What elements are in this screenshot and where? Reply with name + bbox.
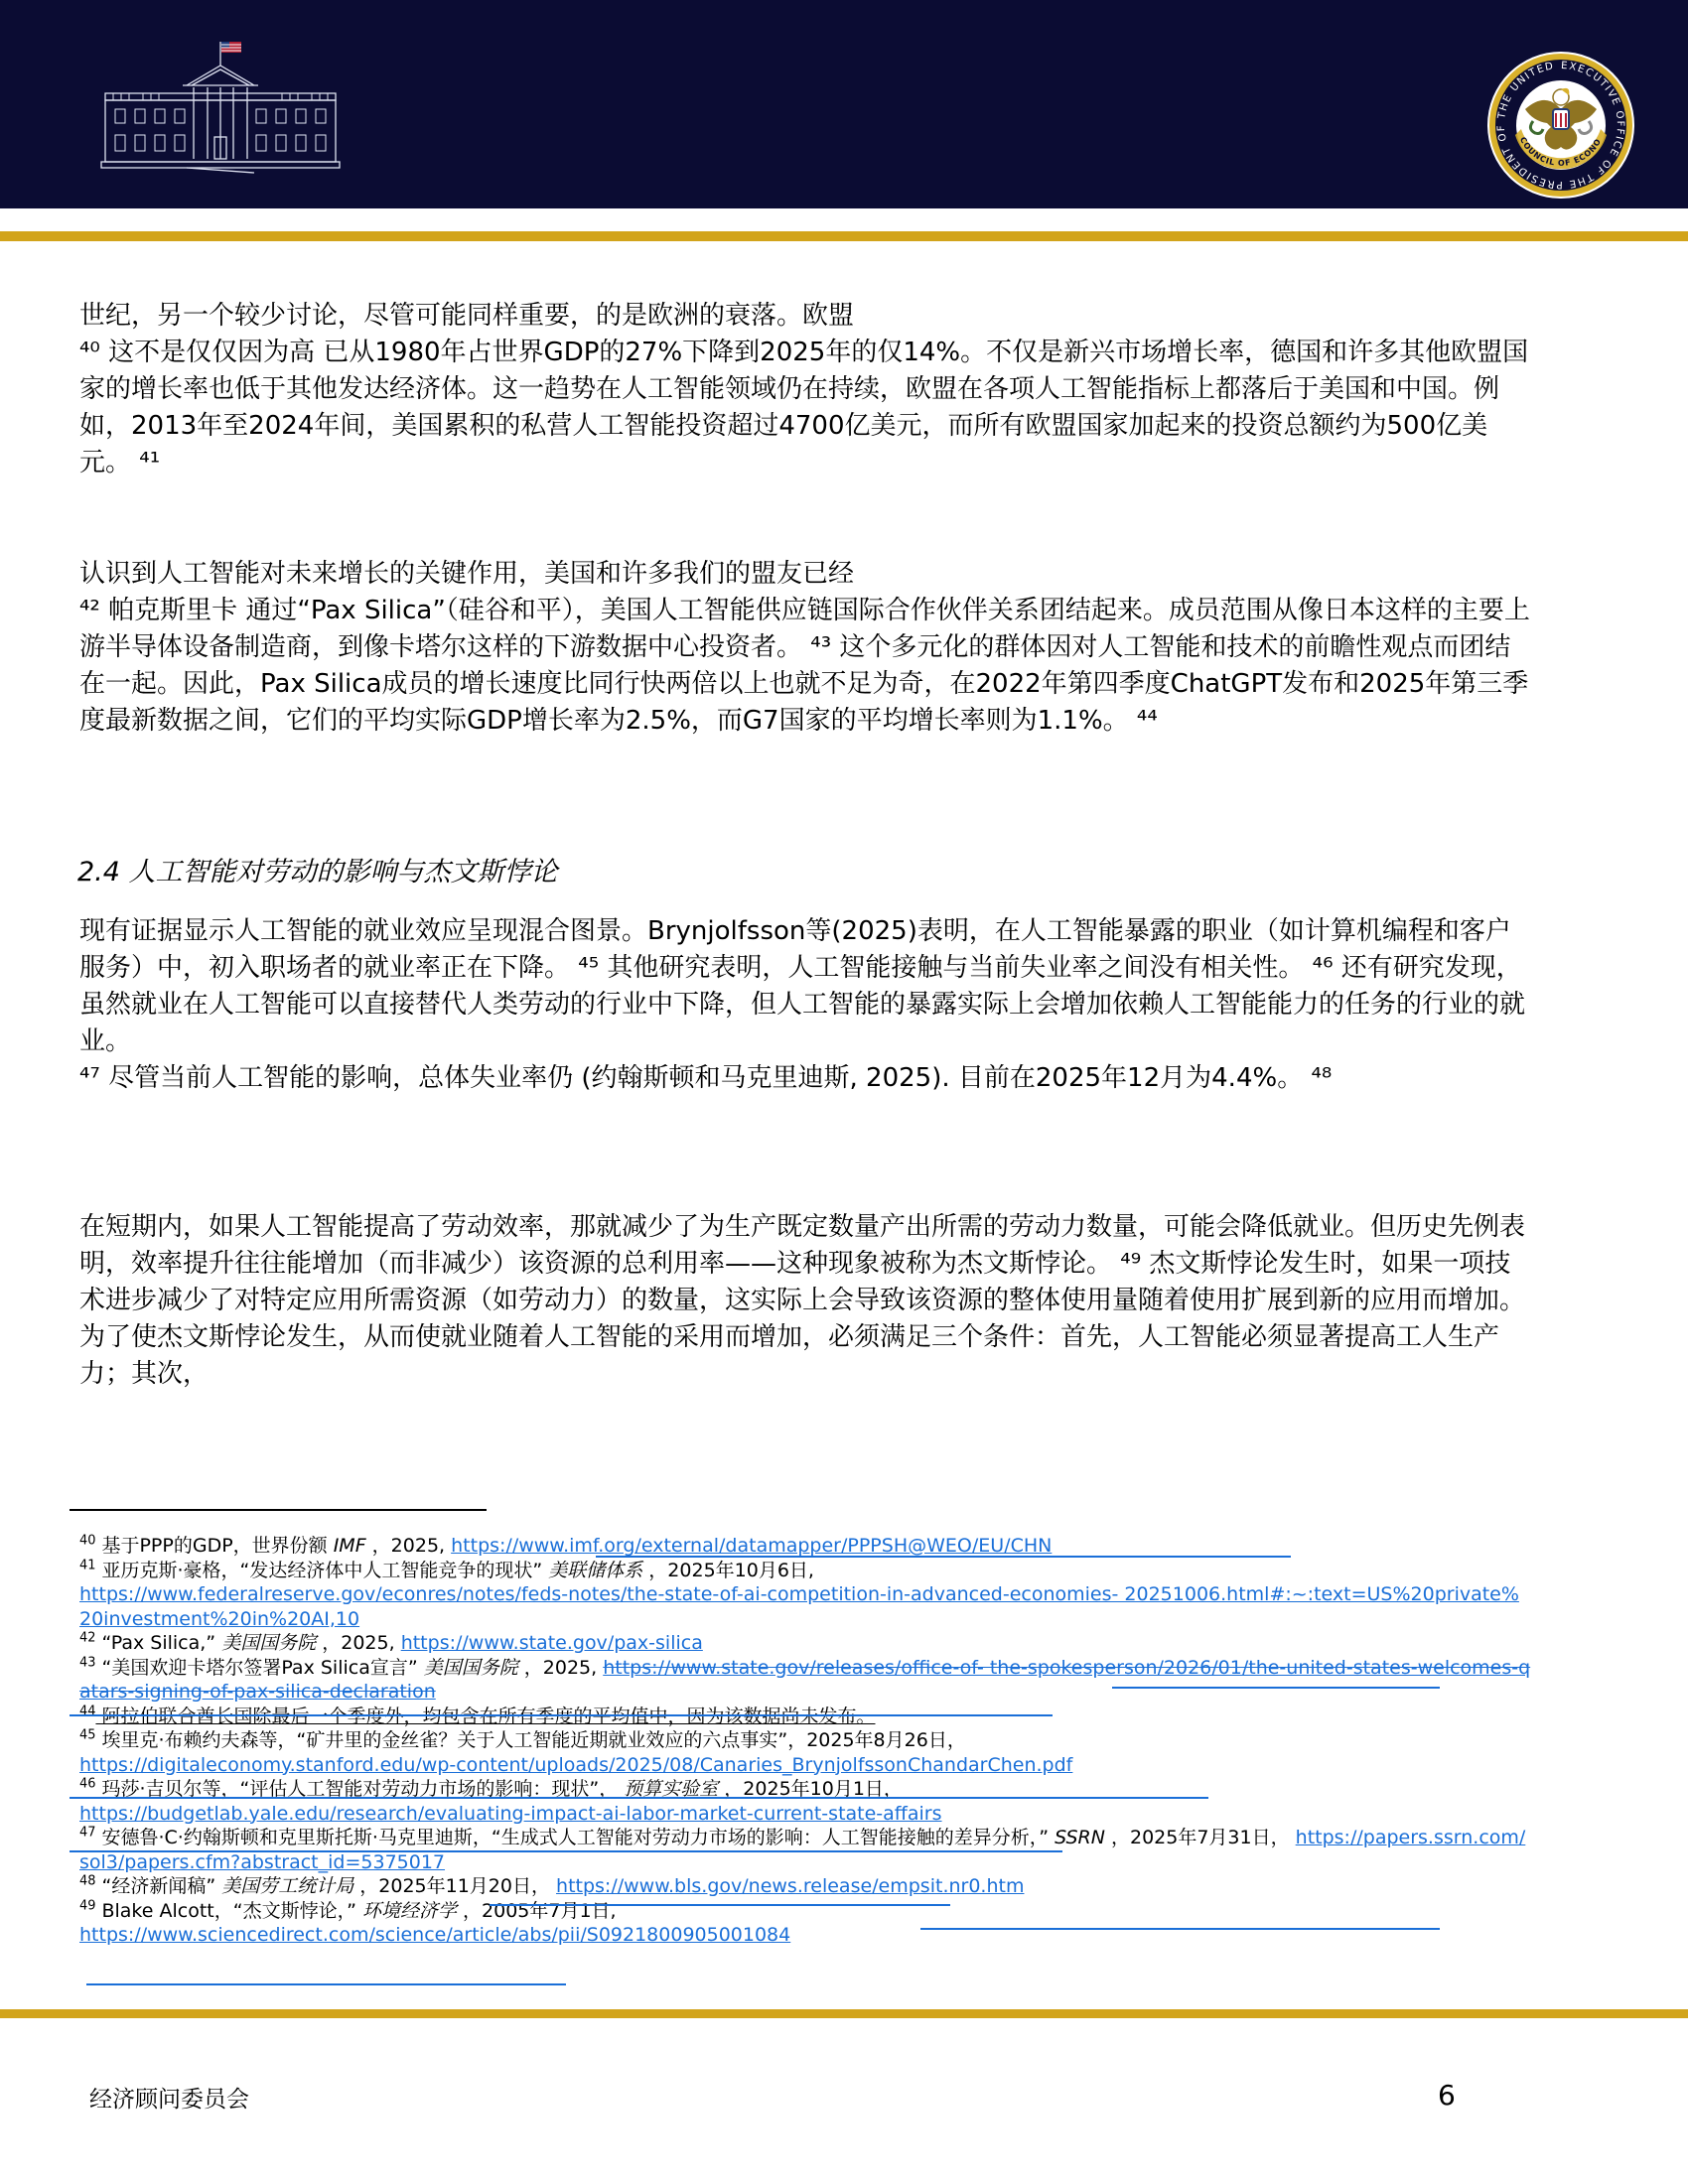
footnote-link[interactable]: https://budgetlab.yale.edu/research/eval… (79, 1803, 942, 1825)
footnote-link[interactable]: https://www.state.gov/pax-silica (401, 1632, 703, 1654)
paragraph-line: ⁴⁰ 这不是仅仅因为高 已从1980年占世界GDP的27%下降到2025年的仅1… (79, 335, 1535, 481)
footnote-number: 45 (79, 1728, 95, 1743)
footnote-number: 40 (79, 1534, 95, 1549)
footnote: 45 埃里克·布赖约夫森等，“矿井里的金丝雀？关于人工智能近期就业效应的六点事实… (79, 1728, 1531, 1777)
footnote-number: 43 (79, 1655, 95, 1670)
footnote-link[interactable]: https://www.federalreserve.gov/econres/n… (79, 1583, 1519, 1630)
gold-divider-top (0, 231, 1688, 241)
footnote: 42 “Pax Silica,” 美国国务院 ，2025, https://ww… (79, 1631, 1531, 1656)
line-artifact (70, 1797, 1208, 1799)
footnote-text: ，2025年10月6日, (642, 1560, 814, 1581)
footnote: 40 基于PPP的GDP，世界份额 IMF ，2025, https://www… (79, 1534, 1531, 1559)
page-number: 6 (1438, 2079, 1456, 2112)
footnote-text: 环境经济学 (362, 1900, 457, 1922)
footnote-text: 美联储体系 (548, 1560, 642, 1581)
paragraph-line: 世纪，另一个较少讨论，尽管可能同样重要，的是欧洲的衰落。欧盟 (79, 298, 1535, 335)
footnote-text: “Pax Silica,” (95, 1632, 221, 1654)
footnote-text: 美国国务院 (424, 1657, 518, 1679)
footnote-number: 42 (79, 1631, 95, 1646)
eop-seal-icon: EXECUTIVE OFFICE OF THE PRESIDENT OF THE… (1485, 50, 1636, 201)
footnote-text: 安德鲁·C·约翰斯顿和克里斯托斯·马克里迪斯，“生成式人工智能对劳动力市场的影响… (95, 1827, 1055, 1848)
footnote-text: ，2025年7月31日， (1105, 1827, 1296, 1848)
footnote-text: ，2025年11月20日， (353, 1875, 556, 1897)
footnote: 43 “美国欢迎卡塔尔签署Pax Silica宣言” 美国国务院 ，2025, … (79, 1656, 1531, 1705)
line-artifact (490, 1904, 950, 1906)
footnote: 41 亚历克斯·豪格，“发达经济体中人工智能竞争的现状” 美联储体系 ，2025… (79, 1559, 1531, 1632)
footnote-text: SSRN (1055, 1827, 1105, 1848)
paragraph-jevons-paradox: 在短期内，如果人工智能提高了劳动效率，那就减少了为生产既定数量产出所需的劳动力数… (79, 1209, 1535, 1393)
footnote-link[interactable]: https://www.imf.org/external/datamapper/… (451, 1535, 1052, 1557)
footnote: 48 “经济新闻稿” 美国劳工统计局 ，2025年11月20日， https:/… (79, 1874, 1531, 1899)
document-page: EXECUTIVE OFFICE OF THE PRESIDENT OF THE… (0, 0, 1688, 2184)
footnote-text: 美国劳工统计局 (221, 1875, 353, 1897)
footnote: 46 玛莎·吉贝尔等，“评估人工智能对劳动力市场的影响：现状”， 预算实验室 ，… (79, 1777, 1531, 1826)
footnote-text: Blake Alcott，“杰文斯悖论，” (95, 1900, 362, 1922)
line-artifact (1112, 1687, 1440, 1689)
footer-organization: 经济顾问委员会 (89, 2081, 249, 2114)
footnote-number: 47 (79, 1826, 95, 1841)
footnote-number: 49 (79, 1898, 95, 1913)
footnote-link[interactable]: https://digitaleconomy.stanford.edu/wp-c… (79, 1754, 1072, 1776)
footnote-text: “经济新闻稿” (95, 1875, 221, 1897)
footnote-text: ，2005年7月1日, (457, 1900, 617, 1922)
paragraph-line: 现有证据显示人工智能的就业效应呈现混合图景。Brynjolfsson等(2025… (79, 913, 1535, 1060)
white-house-icon (91, 38, 350, 187)
paragraph-europe-decline: 世纪，另一个较少讨论，尽管可能同样重要，的是欧洲的衰落。欧盟 ⁴⁰ 这不是仅仅因… (79, 298, 1535, 481)
footnote-text: 亚历克斯·豪格，“发达经济体中人工智能竞争的现状” (95, 1560, 548, 1581)
paragraph-line: ⁴² 帕克斯里卡 通过“Pax Silica”（硅谷和平），美国人工智能供应链国… (79, 593, 1535, 740)
line-artifact (70, 1850, 1062, 1852)
section-heading: 2.4 人工智能对劳动的影响与杰文斯悖论 (77, 850, 1468, 888)
paragraph-pax-silica: 认识到人工智能对未来增长的关键作用，美国和许多我们的盟友已经 ⁴² 帕克斯里卡 … (79, 556, 1535, 740)
paragraph-line: 认识到人工智能对未来增长的关键作用，美国和许多我们的盟友已经 (79, 556, 1535, 593)
header-band: EXECUTIVE OFFICE OF THE PRESIDENT OF THE… (0, 0, 1688, 208)
footnote-link[interactable]: https://www.bls.gov/news.release/empsit.… (556, 1875, 1024, 1897)
footnotes-section: 40 基于PPP的GDP，世界份额 IMF ，2025, https://www… (79, 1534, 1531, 1948)
footnote-text: IMF (334, 1535, 366, 1557)
footnote-text: ，2025, (316, 1632, 400, 1654)
footnote-text: ，2025, (366, 1535, 451, 1557)
footnote-text: ，2025, (518, 1657, 603, 1679)
footnote-text: 埃里克·布赖约夫森等，“矿井里的金丝雀？关于人工智能近期就业效应的六点事实”，2… (95, 1729, 965, 1751)
paragraph-line: ⁴⁷ 尽管当前人工智能的影响，总体失业率仍 (约翰斯顿和马克里迪斯, 2025)… (79, 1060, 1535, 1097)
paragraph-employment-effects: 现有证据显示人工智能的就业效应呈现混合图景。Brynjolfsson等(2025… (79, 913, 1535, 1097)
gold-divider-bottom (0, 2009, 1688, 2018)
footnote-number: 41 (79, 1558, 95, 1572)
line-artifact (920, 1928, 1440, 1930)
line-artifact (70, 1714, 1053, 1716)
footnote-text: “美国欢迎卡塔尔签署Pax Silica宣言” (95, 1657, 423, 1679)
footnote-link[interactable]: https://www.sciencedirect.com/science/ar… (79, 1924, 790, 1946)
footnote-number: 48 (79, 1874, 95, 1889)
footnote-separator (70, 1509, 487, 1511)
line-artifact (596, 1556, 1291, 1558)
footnote-number: 46 (79, 1777, 95, 1792)
footnote-text: 基于PPP的GDP，世界份额 (95, 1535, 333, 1557)
line-artifact (86, 1983, 566, 1985)
footnote-text: 美国国务院 (221, 1632, 316, 1654)
